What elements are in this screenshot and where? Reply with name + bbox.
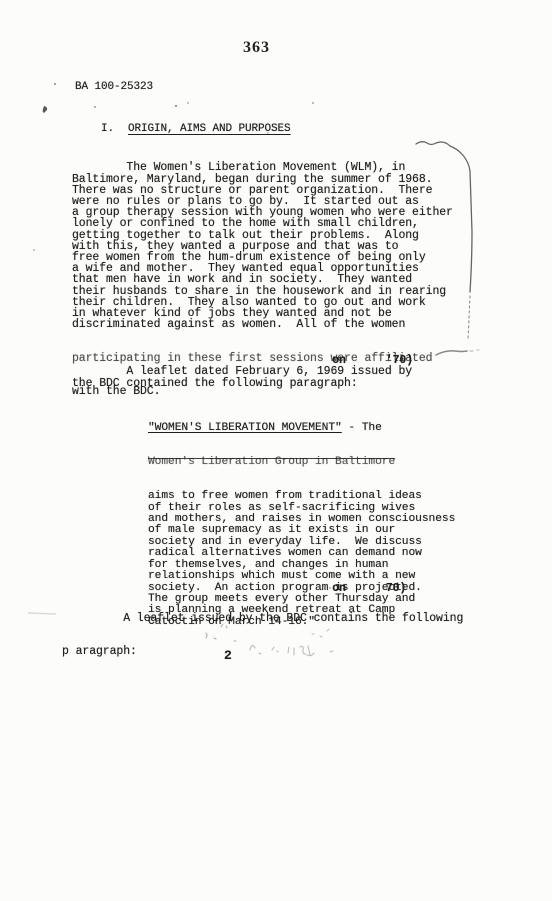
scanned-document-page: 363 BA 100-25323 I.ORIGIN, AIMS AND PURP…: [0, 0, 552, 901]
erasure-smudge: [28, 613, 56, 614]
section-numeral: I.: [101, 123, 114, 135]
paragraph-closing-line2: p aragraph:: [62, 646, 463, 657]
case-number: BA 100-25323: [75, 82, 153, 93]
section-title: ORIGIN, AIMS AND PURPOSES: [128, 123, 291, 135]
leaflet-quote-title: "WOMEN'S LIBERATION MOVEMENT": [148, 422, 342, 434]
page-number-top: 363: [243, 39, 270, 57]
paragraph-closing: A leaflet issued by the BDC contains the…: [62, 591, 463, 679]
paragraph-closing-line1: A leaflet issued by the BDC contains the…: [62, 613, 463, 624]
leaflet-quote-title-line: "WOMEN'S LIBERATION MOVEMENT" - The: [148, 423, 455, 434]
page-number-bottom: 2: [224, 650, 232, 661]
leaflet-quote-title-suffix: - The: [342, 422, 382, 434]
paragraph-leaflet-intro: A leaflet dated February 6, 1969 issued …: [72, 366, 412, 389]
leaflet-quote-overstruck-line: Women's Liberation Group in Baltimore: [148, 457, 455, 468]
paragraph-origin-main: The Women's Liberation Movement (WLM), i…: [72, 162, 453, 330]
